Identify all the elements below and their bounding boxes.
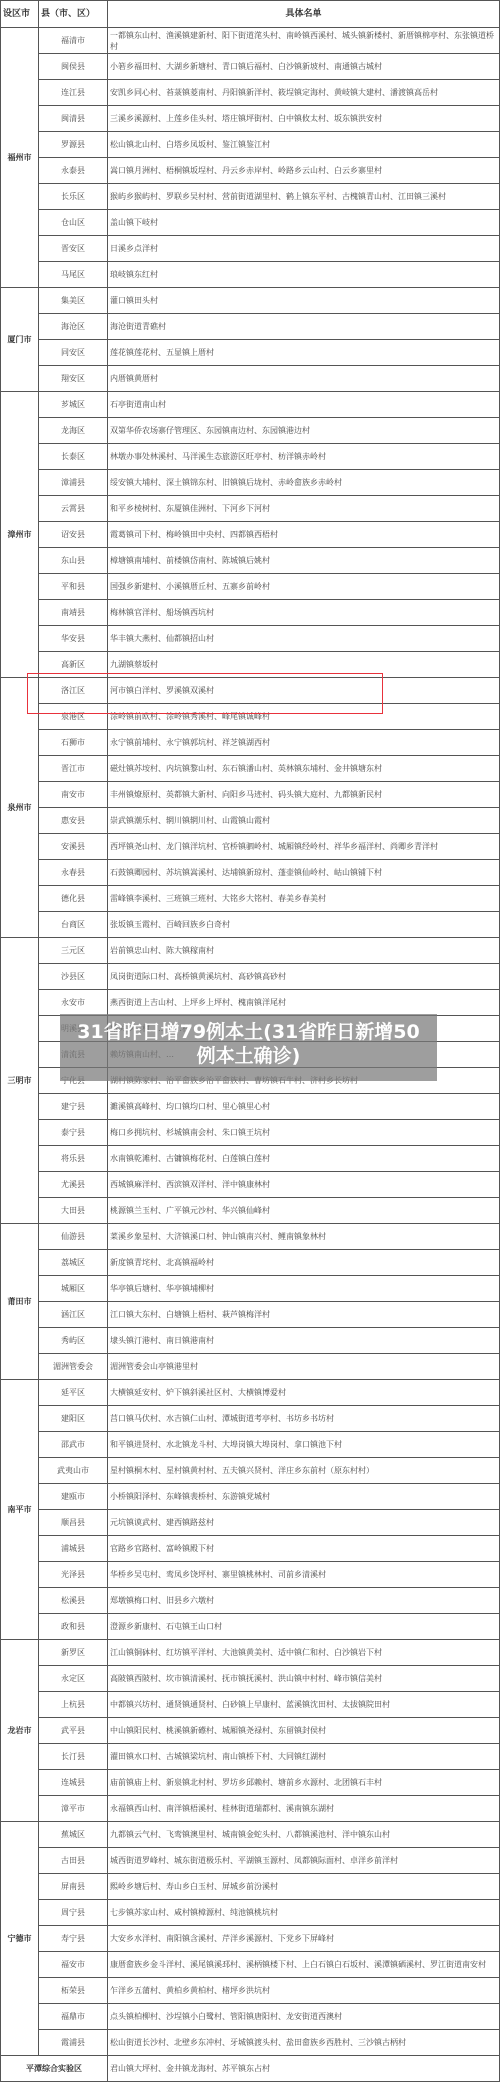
county-cell: 东山县 <box>39 548 108 574</box>
county-cell: 集美区 <box>39 288 108 314</box>
county-cell: 荔城区 <box>39 1250 108 1276</box>
detail-cell: 小箬乡福田村、大湖乡新塘村、青口镇后福村、白沙镇新坡村、南通镇古城村 <box>108 54 500 80</box>
county-cell: 连江县 <box>39 80 108 106</box>
table-row: 闽清县三溪乡溪源村、上莲乡佳头村、塔庄镇坪街村、白中镇攸太村、坂东镇洪安村 <box>1 106 500 132</box>
detail-cell: 林墩办事处林溪村、马洋溪生态旅游区旺亭村、枋洋镇赤岭村 <box>108 444 500 470</box>
county-cell: 尤溪县 <box>39 1172 108 1198</box>
table-row: 高新区九湖镇蔡坂村 <box>1 652 500 678</box>
table-row: 建瓯市小桥镇阳泽村、东峰镇裴桥村、东游镇党城村 <box>1 1484 500 1510</box>
detail-cell: 九都镇云气村、飞鸾镇澳里村、城南镇金蛇头村、八都镇溪池村、洋中镇东山村 <box>108 1822 500 1848</box>
detail-cell: 庙前镇庙上村、新泉镇北村村、罗坊乡邱赖村、塘前乡水源村、北团镇石丰村 <box>108 1770 500 1796</box>
detail-cell: 江山镇铜砵村、红坊镇平洋村、大池镇黄美村、适中镇仁和村、白沙镇岩下村 <box>108 1640 500 1666</box>
table-row-footer: 平潭综合实验区君山镇大坪村、金井镇龙海村、苏平镇东占村 <box>1 2056 500 2082</box>
detail-cell: 河市镇白洋村、罗溪镇双溪村 <box>108 678 500 704</box>
detail-cell: 涂岭镇前欧村、涂岭镇秀溪村、峰尾镇诚峰村 <box>108 704 500 730</box>
county-cell: 晋安区 <box>39 236 108 262</box>
detail-cell: 华丰镇大燕村、仙都镇招山村 <box>108 626 500 652</box>
county-cell: 福安市 <box>39 1952 108 1978</box>
detail-cell: 埭头镇汀港村、南日镇港南村 <box>108 1328 500 1354</box>
table-row: 同安区莲花镇莲花村、五显镇上厝村 <box>1 340 500 366</box>
detail-cell: 西坪镇尧山村、龙门镇洋坑村、官桥镇驷岭村、城厢镇经岭村、祥华乡福洋村、尚卿乡青洋… <box>108 834 500 860</box>
table-row: 政和县澄源乡新康村、石屯镇王山口村 <box>1 1614 500 1640</box>
city-cell: 厦门市 <box>1 288 39 392</box>
table-row: 惠安县崇武镇潮乐村、辋川镇辋川村、山霞镇山霞村 <box>1 808 500 834</box>
table-row: 翔安区内厝镇黄厝村 <box>1 366 500 392</box>
detail-cell: 九湖镇蔡坂村 <box>108 652 500 678</box>
county-cell: 福清市 <box>39 28 108 54</box>
table-row: 松溪县郑墩镇梅口村、旧县乡六墩村 <box>1 1588 500 1614</box>
table-row: 城厢区华亭镇后塘村、华亭镇埔柳村 <box>1 1276 500 1302</box>
county-cell: 德化县 <box>39 886 108 912</box>
city-cell: 福州市 <box>1 28 39 288</box>
table-row: 龙海区双第华侨农场寨仔管理区、东园镇南边村、东园镇港边村 <box>1 418 500 444</box>
table-row: 上杭县中都镇兴坊村、通贤镇通贤村、白砂镇上早康村、蓝溪镇沈田村、太拔镇院田村 <box>1 1692 500 1718</box>
detail-cell: 猴屿乡猴屿村、罗联乡吴村村、营前街道湖里村、鹤上镇东平村、古槐镇青山村、江田镇三… <box>108 184 500 210</box>
detail-cell: 丰州镇燎原村、英都镇大新村、向阳乡马迹村、码头镇大庭村、九都镇新民村 <box>108 782 500 808</box>
county-cell: 大田县 <box>39 1198 108 1224</box>
detail-cell: 官路乡官路村、富岭镇殿下村 <box>108 1536 500 1562</box>
county-cell: 上杭县 <box>39 1692 108 1718</box>
detail-cell: 内厝镇黄厝村 <box>108 366 500 392</box>
table-row: 永安市燕西街道上吉山村、上坪乡上坪村、槐南镇洋尾村 <box>1 990 500 1016</box>
headline-text: 31省昨日增79例本土(31省昨日新增50例本土确诊) <box>77 1021 419 1067</box>
city-cell: 三明市 <box>1 938 39 1224</box>
county-cell: 马尾区 <box>39 262 108 288</box>
table-row: 漳平市永福镇西山村、南洋镇梧溪村、桂林街道瑞都村、溪南镇东湖村 <box>1 1796 500 1822</box>
detail-cell: 霞葛镇司下村、梅岭镇田中央村、四都镇西梧村 <box>108 522 500 548</box>
table-row: 云霄县和平乡棱树村、东厦镇佳洲村、下河乡下河村 <box>1 496 500 522</box>
county-cell: 邵武市 <box>39 1432 108 1458</box>
detail-cell: 中山镇阳民村、桃溪镇新礤村、城厢镇尧禄村、东留镇封侯村 <box>108 1718 500 1744</box>
county-cell: 石狮市 <box>39 730 108 756</box>
header-county: 县（市、区） <box>39 1 108 28</box>
county-cell: 屏南县 <box>39 1874 108 1900</box>
table-row: 南靖县梅林镇官洋村、船场镇西坑村 <box>1 600 500 626</box>
county-cell: 泉港区 <box>39 704 108 730</box>
county-cell: 光泽县 <box>39 1562 108 1588</box>
detail-cell: 岩前镇忠山村、陈大镇稼南村 <box>108 938 500 964</box>
county-cell: 将乐县 <box>39 1146 108 1172</box>
table-row: 屏南县熙岭乡塘后村、寿山乡白玉村、屏城乡前汾溪村 <box>1 1874 500 1900</box>
county-cell: 永定区 <box>39 1666 108 1692</box>
county-cell: 城厢区 <box>39 1276 108 1302</box>
county-cell: 政和县 <box>39 1614 108 1640</box>
county-cell: 新罗区 <box>39 1640 108 1666</box>
table-row: 光泽县华桥乡吴屯村、鸾凤乡饶坪村、寨里镇桃林村、司前乡清溪村 <box>1 1562 500 1588</box>
county-cell: 建阳区 <box>39 1406 108 1432</box>
detail-cell: 永宁镇前埔村、永宁镇郭坑村、祥芝镇湖西村 <box>108 730 500 756</box>
table-row: 连城县庙前镇庙上村、新泉镇北村村、罗坊乡邱赖村、塘前乡水源村、北团镇石丰村 <box>1 1770 500 1796</box>
county-cell: 长乐区 <box>39 184 108 210</box>
county-cell: 漳平市 <box>39 1796 108 1822</box>
detail-cell: 星村镇桐木村、星村镇黄村村、五夫镇兴贤村、洋庄乡东前村（原东村村） <box>108 1458 500 1484</box>
county-cell: 高新区 <box>39 652 108 678</box>
county-cell: 南安市 <box>39 782 108 808</box>
detail-cell: 日溪乡点洋村 <box>108 236 500 262</box>
county-cell: 长汀县 <box>39 1744 108 1770</box>
table-row: 莆田市仙游县菜溪乡象星村、大济镇溪口村、钟山镇南兴村、鲤南镇象林村 <box>1 1224 500 1250</box>
table-row: 德化县雷峰镇李溪村、三班镇三班村、大铭乡大铭村、春美乡春美村 <box>1 886 500 912</box>
county-cell: 长泰区 <box>39 444 108 470</box>
table-row: 武夷山市星村镇桐木村、星村镇黄村村、五夫镇兴贤村、洋庄乡东前村（原东村村） <box>1 1458 500 1484</box>
table-row: 邵武市和平镇进贤村、水北镇龙斗村、大埠岗镇大埠岗村、拿口镇池下村 <box>1 1432 500 1458</box>
detail-cell: 灌口镇田头村 <box>108 288 500 314</box>
table-row: 长泰区林墩办事处林溪村、马洋溪生态旅游区旺亭村、枋洋镇赤岭村 <box>1 444 500 470</box>
detail-cell: 康厝畲族乡金斗洋村、溪尾镇溪邳村、溪柄镇楼下村、上白石镇白石坂村、溪潭镇硒溪村、… <box>108 1952 500 1978</box>
header-city: 设区市 <box>1 1 39 28</box>
county-cell: 永泰县 <box>39 158 108 184</box>
table-row: 福鼎市点头镇柏柳村、沙埕镇小白鹭村、管阳镇唐阳村、龙安街道西澳村 <box>1 2004 500 2030</box>
table-row: 厦门市集美区灌口镇田头村 <box>1 288 500 314</box>
county-cell: 蕉城区 <box>39 1822 108 1848</box>
city-cell: 莆田市 <box>1 1224 39 1380</box>
detail-cell: 城西街道罗峰村、城东街道极乐村、平湖镇玉源村、凤都镇际面村、卓洋乡前洋村 <box>108 1848 500 1874</box>
table-row: 秀屿区埭头镇汀港村、南日镇港南村 <box>1 1328 500 1354</box>
detail-cell: 绥安镇大埔村、深土镇锦东村、旧镇镇后垅村、赤岭畲族乡赤岭村 <box>108 470 500 496</box>
table-row: 尤溪县西城镇麻洋村、西滨镇双洋村、洋中镇康林村 <box>1 1172 500 1198</box>
table-row: 漳浦县绥安镇大埔村、深土镇锦东村、旧镇镇后垅村、赤岭畲族乡赤岭村 <box>1 470 500 496</box>
city-cell: 南平市 <box>1 1380 39 1640</box>
detail-cell: 和平镇进贤村、水北镇龙斗村、大埠岗镇大埠岗村、拿口镇池下村 <box>108 1432 500 1458</box>
table-row: 安溪县西坪镇尧山村、龙门镇洋坑村、官桥镇驷岭村、城厢镇经岭村、祥华乡福洋村、尚卿… <box>1 834 500 860</box>
table-row: 涵江区江口镇大东村、白塘镇上梧村、萩芦镇梅洋村 <box>1 1302 500 1328</box>
table-row: 周宁县七步镇苏家山村、咸村镇樟源村、纯池镇桃坑村 <box>1 1900 500 1926</box>
table-row: 古田县城西街道罗峰村、城东街道极乐村、平湖镇玉源村、凤都镇际面村、卓洋乡前洋村 <box>1 1848 500 1874</box>
table-row: 东山县樟塘镇南埔村、前楼镇岱南村、陈城镇后姚村 <box>1 548 500 574</box>
county-cell: 南靖县 <box>39 600 108 626</box>
county-cell: 霞浦县 <box>39 2030 108 2056</box>
table-row: 永春县石鼓镇卿园村、苏坑镇嵩溪村、达埔镇新琼村、蓬壶镇仙岭村、岵山镇铺下村 <box>1 860 500 886</box>
detail-cell: 石鼓镇卿园村、苏坑镇嵩溪村、达埔镇新琼村、蓬壶镇仙岭村、岵山镇铺下村 <box>108 860 500 886</box>
county-cell: 周宁县 <box>39 1900 108 1926</box>
table-row: 平和县国强乡新建村、小溪镇厝丘村、五寨乡前岭村 <box>1 574 500 600</box>
detail-cell: 新度镇青垞村、北高镇福岭村 <box>108 1250 500 1276</box>
county-cell: 漳浦县 <box>39 470 108 496</box>
detail-cell: 莒口镇马伏村、水吉镇仁山村、潭城街道考亭村、书坊乡书坊村 <box>108 1406 500 1432</box>
county-cell: 连城县 <box>39 1770 108 1796</box>
table-row: 仓山区盖山镇下岐村 <box>1 210 500 236</box>
table-row: 晋安区日溪乡点洋村 <box>1 236 500 262</box>
detail-cell: 西城镇麻洋村、西滨镇双洋村、洋中镇康林村 <box>108 1172 500 1198</box>
county-cell: 平和县 <box>39 574 108 600</box>
detail-cell: 点头镇柏柳村、沙埕镇小白鹭村、管阳镇唐阳村、龙安街道西澳村 <box>108 2004 500 2030</box>
county-cell: 建宁县 <box>39 1094 108 1120</box>
county-cell: 武平县 <box>39 1718 108 1744</box>
table-row: 南平市延平区大横镇延安村、炉下镇斜溪社区村、大横镇博爱村 <box>1 1380 500 1406</box>
county-cell: 浦城县 <box>39 1536 108 1562</box>
headline-overlay: 31省昨日增79例本土(31省昨日新增50例本土确诊) <box>60 1014 437 1081</box>
table-row: 宁德市蕉城区九都镇云气村、飞鸾镇澳里村、城南镇金蛇头村、八都镇溪池村、洋中镇东山… <box>1 1822 500 1848</box>
table-row: 闽侯县小箬乡福田村、大湖乡新塘村、青口镇后福村、白沙镇新坡村、南通镇古城村 <box>1 54 500 80</box>
detail-cell: 磁灶镇苏垵村、内坑镇黎山村、东石镇潘山村、英林镇东埔村、金井镇塘东村 <box>108 756 500 782</box>
table-row: 南安市丰州镇燎原村、英都镇大新村、向阳乡马迹村、码头镇大庭村、九都镇新民村 <box>1 782 500 808</box>
detail-cell: 乍洋乡五蒲村、黄柏乡黄柏村、楮坪乡洪坑村 <box>108 1978 500 2004</box>
detail-cell: 樟塘镇南埔村、前楼镇岱南村、陈城镇后姚村 <box>108 548 500 574</box>
detail-cell: 水南镇乾滩村、古镛镇梅花村、白莲镇白莲村 <box>108 1146 500 1172</box>
county-cell: 罗源县 <box>39 132 108 158</box>
detail-cell: 海沧街道青礁村 <box>108 314 500 340</box>
table-row: 福安市康厝畲族乡金斗洋村、溪尾镇溪邳村、溪柄镇楼下村、上白石镇白石坂村、溪潭镇硒… <box>1 1952 500 1978</box>
county-cell: 闽清县 <box>39 106 108 132</box>
detail-cell: 松山镇北山村、白塔乡凤坂村、鉴江镇鉴江村 <box>108 132 500 158</box>
table-row: 泰宁县梅口乡拥坑村、杉城镇南会村、朱口镇王坑村 <box>1 1120 500 1146</box>
county-cell: 永春县 <box>39 860 108 886</box>
county-cell: 云霄县 <box>39 496 108 522</box>
county-cell: 寿宁县 <box>39 1926 108 1952</box>
table-row: 建阳区莒口镇马伏村、水吉镇仁山村、潭城街道考亭村、书坊乡书坊村 <box>1 1406 500 1432</box>
county-cell: 晋江市 <box>39 756 108 782</box>
county-cell: 永安市 <box>39 990 108 1016</box>
detail-cell: 一都镇东山村、渔溪镇建新村、阳下街道滗头村、南岭镇西溪村、城头镇新楼村、新厝镇棉… <box>108 28 500 54</box>
table-row: 长汀县濯田镇水口村、古城镇梁坑村、南山镇桥下村、大同镇红湖村 <box>1 1744 500 1770</box>
detail-cell: 琅岐镇东红村 <box>108 262 500 288</box>
detail-cell: 和平乡棱树村、东厦镇佳洲村、下河乡下河村 <box>108 496 500 522</box>
table-row: 泉州市洛江区河市镇白洋村、罗溪镇双溪村 <box>1 678 500 704</box>
county-cell: 三元区 <box>39 938 108 964</box>
table-row: 柘荣县乍洋乡五蒲村、黄柏乡黄柏村、楮坪乡洪坑村 <box>1 1978 500 2004</box>
table-row: 武平县中山镇阳民村、桃溪镇新礤村、城厢镇尧禄村、东留镇封侯村 <box>1 1718 500 1744</box>
table-row: 石狮市永宁镇前埔村、永宁镇郭坑村、祥芝镇湖西村 <box>1 730 500 756</box>
county-cell: 洛江区 <box>39 678 108 704</box>
county-cell: 柘荣县 <box>39 1978 108 2004</box>
detail-cell: 桃源镇兰玉村、广平镇元沙村、华兴镇仙峰村 <box>108 1198 500 1224</box>
detail-cell: 濯田镇水口村、古城镇梁坑村、南山镇桥下村、大同镇红湖村 <box>108 1744 500 1770</box>
detail-cell: 君山镇大坪村、金井镇龙海村、苏平镇东占村 <box>108 2056 500 2082</box>
table-row: 浦城县官路乡官路村、富岭镇殿下村 <box>1 1536 500 1562</box>
table-row: 永定区高陂镇西陂村、坎市镇清溪村、抚市镇抚溪村、洪山镇中村村、峰市镇信美村 <box>1 1666 500 1692</box>
table-row: 长乐区猴屿乡猴屿村、罗联乡吴村村、营前街道湖里村、鹤上镇东平村、古槐镇青山村、江… <box>1 184 500 210</box>
county-cell: 华安县 <box>39 626 108 652</box>
county-cell: 顺昌县 <box>39 1510 108 1536</box>
table-row: 台商区张坂镇玉霞村、百崎回族乡白奇村 <box>1 912 500 938</box>
county-cell: 翔安区 <box>39 366 108 392</box>
detail-cell: 张坂镇玉霞村、百崎回族乡白奇村 <box>108 912 500 938</box>
detail-cell: 元坑镇谟武村、建西镇路兹村 <box>108 1510 500 1536</box>
table-header-row: 设区市 县（市、区） 具体名单 <box>1 1 500 28</box>
detail-cell: 江口镇大东村、白塘镇上梧村、萩芦镇梅洋村 <box>108 1302 500 1328</box>
detail-cell: 熙岭乡塘后村、寿山乡白玉村、屏城乡前汾溪村 <box>108 1874 500 1900</box>
city-cell: 漳州市 <box>1 392 39 678</box>
city-cell: 平潭综合实验区 <box>1 2056 108 2082</box>
table-row: 大田县桃源镇兰玉村、广平镇元沙村、华兴镇仙峰村 <box>1 1198 500 1224</box>
table-row: 沙县区凤岗街道际口村、高桥镇黄溪坑村、高砂镇高砂村 <box>1 964 500 990</box>
detail-cell: 凤岗街道际口村、高桥镇黄溪坑村、高砂镇高砂村 <box>108 964 500 990</box>
table-row: 泉港区涂岭镇前欧村、涂岭镇秀溪村、峰尾镇诚峰村 <box>1 704 500 730</box>
county-cell: 涵江区 <box>39 1302 108 1328</box>
county-cell: 台商区 <box>39 912 108 938</box>
detail-cell: 大安乡水洋村、南阳镇含溪村、芹洋乡溪源村、下党乡下屏峰村 <box>108 1926 500 1952</box>
detail-cell: 郑墩镇梅口村、旧县乡六墩村 <box>108 1588 500 1614</box>
table-row: 永泰县嵩口镇月洲村、梧桐镇坂埕村、丹云乡赤岸村、岭路乡云山村、白云乡寨里村 <box>1 158 500 184</box>
table-row: 将乐县水南镇乾滩村、古镛镇梅花村、白莲镇白莲村 <box>1 1146 500 1172</box>
table-row: 马尾区琅岐镇东红村 <box>1 262 500 288</box>
city-cell: 泉州市 <box>1 678 39 938</box>
county-cell: 仓山区 <box>39 210 108 236</box>
table-row: 建宁县濉溪镇高峰村、均口镇均口村、里心镇里心村 <box>1 1094 500 1120</box>
county-cell: 诏安县 <box>39 522 108 548</box>
county-cell: 惠安县 <box>39 808 108 834</box>
table-row: 罗源县松山镇北山村、白塔乡凤坂村、鉴江镇鉴江村 <box>1 132 500 158</box>
table-row: 荔城区新度镇青垞村、北高镇福岭村 <box>1 1250 500 1276</box>
table-row: 海沧区海沧街道青礁村 <box>1 314 500 340</box>
detail-cell: 燕西街道上吉山村、上坪乡上坪村、槐南镇洋尾村 <box>108 990 500 1016</box>
county-cell: 湄洲管委会 <box>39 1354 108 1380</box>
detail-cell: 三溪乡溪源村、上莲乡佳头村、塔庄镇坪街村、白中镇攸太村、坂东镇洪安村 <box>108 106 500 132</box>
detail-cell: 莲花镇莲花村、五显镇上厝村 <box>108 340 500 366</box>
detail-cell: 崇武镇潮乐村、辋川镇辋川村、山霞镇山霞村 <box>108 808 500 834</box>
detail-cell: 大横镇延安村、炉下镇斜溪社区村、大横镇博爱村 <box>108 1380 500 1406</box>
county-cell: 古田县 <box>39 1848 108 1874</box>
table-row: 霞浦县松山街道长沙村、北壁乡东冲村、牙城镇渡头村、盐田畲族乡西胜村、三沙镇古柄村 <box>1 2030 500 2056</box>
detail-cell: 永福镇西山村、南洋镇梧溪村、桂林街道瑞都村、溪南镇东湖村 <box>108 1796 500 1822</box>
county-cell: 海沧区 <box>39 314 108 340</box>
detail-cell: 湄洲管委会山亭镇港里村 <box>108 1354 500 1380</box>
county-cell: 松溪县 <box>39 1588 108 1614</box>
county-cell: 龙海区 <box>39 418 108 444</box>
detail-cell: 嵩口镇月洲村、梧桐镇坂埕村、丹云乡赤岸村、岭路乡云山村、白云乡寨里村 <box>108 158 500 184</box>
county-cell: 沙县区 <box>39 964 108 990</box>
detail-cell: 双第华侨农场寨仔管理区、东园镇南边村、东园镇港边村 <box>108 418 500 444</box>
county-cell: 仙游县 <box>39 1224 108 1250</box>
county-cell: 闽侯县 <box>39 54 108 80</box>
detail-cell: 石亭街道南山村 <box>108 392 500 418</box>
detail-cell: 澄源乡新康村、石屯镇王山口村 <box>108 1614 500 1640</box>
city-cell: 龙岩市 <box>1 1640 39 1822</box>
table-row: 顺昌县元坑镇谟武村、建西镇路兹村 <box>1 1510 500 1536</box>
table-row: 龙岩市新罗区江山镇铜砵村、红坊镇平洋村、大池镇黄美村、适中镇仁和村、白沙镇岩下村 <box>1 1640 500 1666</box>
table-row: 三明市三元区岩前镇忠山村、陈大镇稼南村 <box>1 938 500 964</box>
detail-cell: 梅口乡拥坑村、杉城镇南会村、朱口镇王坑村 <box>108 1120 500 1146</box>
detail-cell: 梅林镇官洋村、船场镇西坑村 <box>108 600 500 626</box>
county-cell: 安溪县 <box>39 834 108 860</box>
detail-cell: 中都镇兴坊村、通贤镇通贤村、白砂镇上早康村、蓝溪镇沈田村、太拔镇院田村 <box>108 1692 500 1718</box>
detail-cell: 菜溪乡象星村、大济镇溪口村、钟山镇南兴村、鲤南镇象林村 <box>108 1224 500 1250</box>
detail-cell: 七步镇苏家山村、咸村镇樟源村、纯池镇桃坑村 <box>108 1900 500 1926</box>
table-row: 漳州市芗城区石亭街道南山村 <box>1 392 500 418</box>
city-cell: 宁德市 <box>1 1822 39 2056</box>
table-row: 福州市福清市一都镇东山村、渔溪镇建新村、阳下街道滗头村、南岭镇西溪村、城头镇新楼… <box>1 28 500 54</box>
table-row: 寿宁县大安乡水洋村、南阳镇含溪村、芹洋乡溪源村、下党乡下屏峰村 <box>1 1926 500 1952</box>
county-cell: 建瓯市 <box>39 1484 108 1510</box>
county-cell: 武夷山市 <box>39 1458 108 1484</box>
detail-cell: 国强乡新建村、小溪镇厝丘村、五寨乡前岭村 <box>108 574 500 600</box>
county-cell: 芗城区 <box>39 392 108 418</box>
table-row: 诏安县霞葛镇司下村、梅岭镇田中央村、四都镇西梧村 <box>1 522 500 548</box>
detail-cell: 安凯乡同心村、苔菉镇菱南村、丹阳镇新洋村、筱埕镇定海村、黄岐镇大建村、潘渡镇高岳… <box>108 80 500 106</box>
table-row: 连江县安凯乡同心村、苔菉镇菱南村、丹阳镇新洋村、筱埕镇定海村、黄岐镇大建村、潘渡… <box>1 80 500 106</box>
table-row: 湄洲管委会湄洲管委会山亭镇港里村 <box>1 1354 500 1380</box>
detail-cell: 松山街道长沙村、北壁乡东冲村、牙城镇渡头村、盐田畲族乡西胜村、三沙镇古柄村 <box>108 2030 500 2056</box>
table-row: 华安县华丰镇大燕村、仙都镇招山村 <box>1 626 500 652</box>
county-cell: 延平区 <box>39 1380 108 1406</box>
county-cell: 泰宁县 <box>39 1120 108 1146</box>
detail-cell: 盖山镇下岐村 <box>108 210 500 236</box>
detail-cell: 华亭镇后塘村、华亭镇埔柳村 <box>108 1276 500 1302</box>
detail-cell: 高陂镇西陂村、坎市镇清溪村、抚市镇抚溪村、洪山镇中村村、峰市镇信美村 <box>108 1666 500 1692</box>
detail-cell: 华桥乡吴屯村、鸾凤乡饶坪村、寨里镇桃林村、司前乡清溪村 <box>108 1562 500 1588</box>
detail-cell: 雷峰镇李溪村、三班镇三班村、大铭乡大铭村、春美乡春美村 <box>108 886 500 912</box>
detail-cell: 濉溪镇高峰村、均口镇均口村、里心镇里心村 <box>108 1094 500 1120</box>
county-cell: 福鼎市 <box>39 2004 108 2030</box>
county-cell: 秀屿区 <box>39 1328 108 1354</box>
header-detail: 具体名单 <box>108 1 500 28</box>
table-row: 晋江市磁灶镇苏垵村、内坑镇黎山村、东石镇潘山村、英林镇东埔村、金井镇塘东村 <box>1 756 500 782</box>
county-cell: 同安区 <box>39 340 108 366</box>
detail-cell: 小桥镇阳泽村、东峰镇裴桥村、东游镇党城村 <box>108 1484 500 1510</box>
